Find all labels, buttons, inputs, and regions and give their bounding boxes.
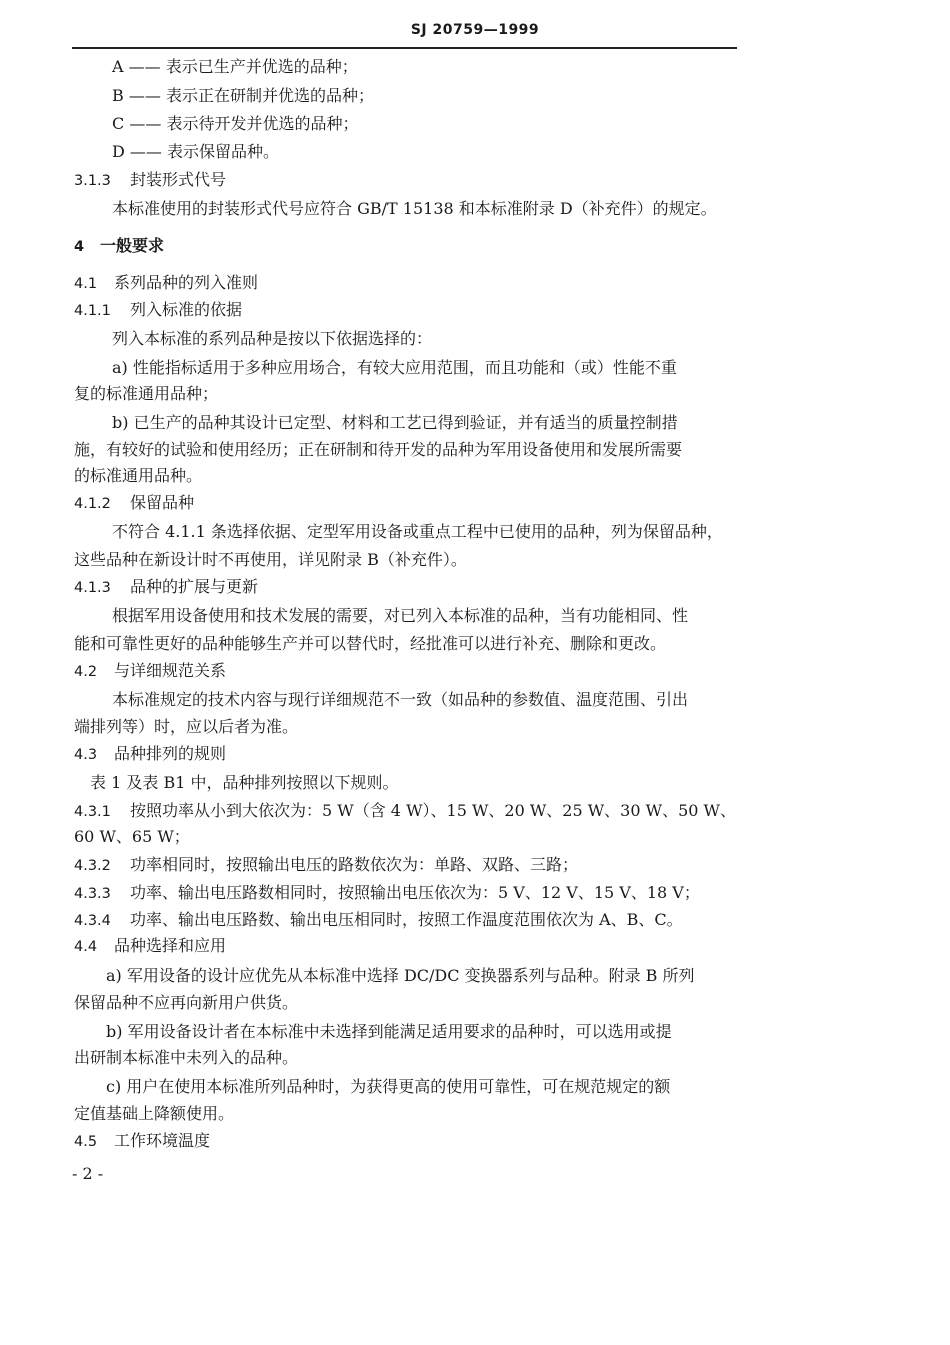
section-number: 4 xyxy=(74,237,100,257)
item-c-line2: 定值基础上降额使用。 xyxy=(74,1104,234,1124)
section-text: 功率、输出电压路数相同时，按照输出电压依次为：5 V、12 V、15 V、18 … xyxy=(130,883,700,902)
section-4-2-line2: 端排列等）时，应以后者为准。 xyxy=(74,717,298,737)
item-a-line2: 复的标准通用品种； xyxy=(74,384,218,404)
section-text: 按照功率从小到大依次为：5 W（含 4 W）、15 W、20 W、25 W、30… xyxy=(130,801,736,820)
section-title: 品种选择和应用 xyxy=(114,936,226,955)
section-title: 工作环境温度 xyxy=(114,1131,210,1150)
section-number: 4.5 xyxy=(74,1132,114,1152)
section-4-3-4: 4.3.4功率、输出电压路数、输出电压相同时，按照工作温度范围依次为 A、B、C… xyxy=(74,910,683,931)
section-number: 4.2 xyxy=(74,662,114,682)
legend-letter: C xyxy=(112,114,124,133)
item-b-line3: 的标准通用品种。 xyxy=(74,466,202,486)
section-4-1-2-line1: 不符合 4.1.1 条选择依据、定型军用设备或重点工程中已使用的品种，列为保留品… xyxy=(112,522,723,542)
section-number: 4.3 xyxy=(74,745,114,765)
section-title: 系列品种的列入准则 xyxy=(114,273,258,292)
section-4-3-intro: 表 1 及表 B1 中，品种排列按照以下规则。 xyxy=(90,773,398,793)
legend-text: 表示保留品种。 xyxy=(167,142,279,161)
section-3-1-3-body: 本标准使用的封装形式代号应符合 GB/T 15138 和本标准附录 D（补充件）… xyxy=(112,199,717,219)
section-text: 功率相同时，按照输出电压的路数依次为：单路、双路、三路； xyxy=(130,855,578,874)
section-4-1-1-heading: 4.1.1列入标准的依据 xyxy=(74,300,242,321)
section-number: 4.1.2 xyxy=(74,494,130,514)
item-b-line2: 施，有较好的试验和使用经历；正在研制和待开发的品种为军用设备使用和发展所需要 xyxy=(74,440,682,460)
section-4-1-heading: 4.1系列品种的列入准则 xyxy=(74,273,258,294)
section-4-1-2-heading: 4.1.2保留品种 xyxy=(74,493,194,514)
section-number: 4.3.2 xyxy=(74,856,130,876)
section-text: 功率、输出电压路数、输出电压相同时，按照工作温度范围依次为 A、B、C。 xyxy=(130,910,683,929)
section-number: 4.1.1 xyxy=(74,301,130,321)
item-b-line2: 出研制本标准中未列入的品种。 xyxy=(74,1048,298,1068)
item-b-line1: b) 军用设备设计者在本标准中未选择到能满足适用要求的品种时，可以选用或提 xyxy=(106,1022,672,1042)
section-4-3-1-line2: 60 W、65 W； xyxy=(74,827,190,847)
item-b-line1: b) 已生产的品种其设计已定型、材料和工艺已得到验证，并有适当的质量控制措 xyxy=(112,413,678,433)
legend-letter: D xyxy=(112,142,125,161)
item-a-line1: a) 性能指标适用于多种应用场合，有较大应用范围，而且功能和（或）性能不重 xyxy=(112,358,677,378)
section-4-3-heading: 4.3品种排列的规则 xyxy=(74,744,226,765)
section-4-1-2-line2: 这些品种在新设计时不再使用，详见附录 B（补充件）。 xyxy=(74,550,467,570)
standard-code-header: SJ 20759—1999 xyxy=(0,22,950,38)
section-title: 一般要求 xyxy=(100,236,164,255)
legend-text: 表示已生产并优选的品种； xyxy=(166,57,358,76)
legend-dash: —— xyxy=(129,86,161,105)
section-title: 与详细规范关系 xyxy=(114,661,226,680)
section-4-4-heading: 4.4品种选择和应用 xyxy=(74,936,226,957)
section-title: 品种排列的规则 xyxy=(114,744,226,763)
section-3-1-3-heading: 3.1.3封装形式代号 xyxy=(74,170,226,191)
item-a-line1: a) 军用设备的设计应优先从本标准中选择 DC/DC 变换器系列与品种。附录 B… xyxy=(106,966,695,986)
section-title: 封装形式代号 xyxy=(130,170,226,189)
section-4-heading: 4一般要求 xyxy=(74,236,164,257)
section-4-2-heading: 4.2与详细规范关系 xyxy=(74,661,226,682)
legend-item-d: D —— 表示保留品种。 xyxy=(112,142,279,162)
section-4-1-3-heading: 4.1.3品种的扩展与更新 xyxy=(74,577,258,598)
legend-item-c: C —— 表示待开发并优选的品种； xyxy=(112,114,358,134)
section-4-3-1: 4.3.1按照功率从小到大依次为：5 W（含 4 W）、15 W、20 W、25… xyxy=(74,801,736,822)
section-4-3-3: 4.3.3功率、输出电压路数相同时，按照输出电压依次为：5 V、12 V、15 … xyxy=(74,883,700,904)
section-4-5-heading: 4.5工作环境温度 xyxy=(74,1131,210,1152)
section-4-2-line1: 本标准规定的技术内容与现行详细规范不一致（如品种的参数值、温度范围、引出 xyxy=(112,690,688,710)
section-4-1-3-line2: 能和可靠性更好的品种能够生产并可以替代时，经批准可以进行补充、删除和更改。 xyxy=(74,634,666,654)
section-4-1-3-line1: 根据军用设备使用和技术发展的需要，对已列入本标准的品种，当有功能相同、性 xyxy=(112,606,688,626)
section-number: 4.3.3 xyxy=(74,884,130,904)
section-number: 4.3.4 xyxy=(74,911,130,931)
section-title: 保留品种 xyxy=(130,493,194,512)
section-number: 4.4 xyxy=(74,937,114,957)
section-title: 列入标准的依据 xyxy=(130,300,242,319)
legend-text: 表示待开发并优选的品种； xyxy=(166,114,358,133)
section-number: 3.1.3 xyxy=(74,171,130,191)
header-rule xyxy=(72,47,737,49)
page-number: - 2 - xyxy=(72,1164,103,1183)
section-number: 4.1.3 xyxy=(74,578,130,598)
legend-letter: A xyxy=(112,57,124,76)
legend-letter: B xyxy=(112,86,124,105)
section-4-3-2: 4.3.2功率相同时，按照输出电压的路数依次为：单路、双路、三路； xyxy=(74,855,578,876)
section-4-1-1-intro: 列入本标准的系列品种是按以下依据选择的： xyxy=(112,329,432,349)
section-title: 品种的扩展与更新 xyxy=(130,577,258,596)
legend-text: 表示正在研制并优选的品种； xyxy=(166,86,374,105)
legend-dash: —— xyxy=(130,142,162,161)
legend-dash: —— xyxy=(129,57,161,76)
legend-item-b: B —— 表示正在研制并优选的品种； xyxy=(112,86,374,106)
item-a-line2: 保留品种不应再向新用户供货。 xyxy=(74,993,298,1013)
legend-dash: —— xyxy=(129,114,161,133)
item-c-line1: c) 用户在使用本标准所列品种时，为获得更高的使用可靠性，可在规范规定的额 xyxy=(106,1077,670,1097)
legend-item-a: A —— 表示已生产并优选的品种； xyxy=(112,57,358,77)
section-number: 4.1 xyxy=(74,274,114,294)
section-number: 4.3.1 xyxy=(74,802,130,822)
